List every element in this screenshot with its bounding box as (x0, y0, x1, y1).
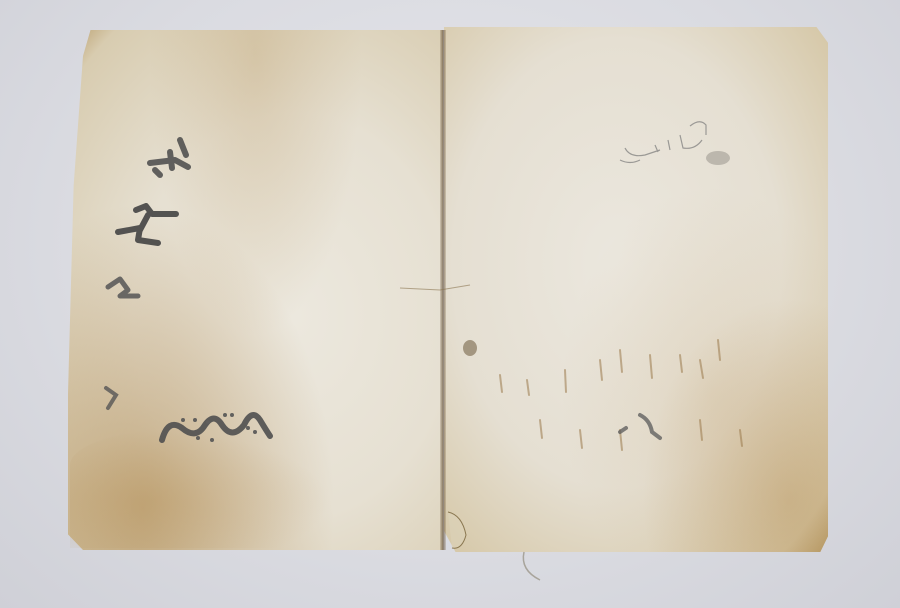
torn-corner (448, 512, 466, 548)
dark-spot (463, 340, 477, 356)
loose-thread (523, 552, 540, 580)
ink-glyph-1 (150, 140, 188, 175)
small-ink-mark (620, 415, 660, 438)
ink-marks (0, 0, 900, 608)
smudge (706, 151, 730, 165)
crease (400, 285, 470, 290)
wavy-ink-line-with-dots (162, 413, 270, 442)
ink-glyph-2 (118, 206, 176, 243)
ink-glyph-4 (106, 388, 116, 408)
ink-glyph-3 (108, 279, 138, 296)
faint-pencil-script (620, 122, 706, 163)
